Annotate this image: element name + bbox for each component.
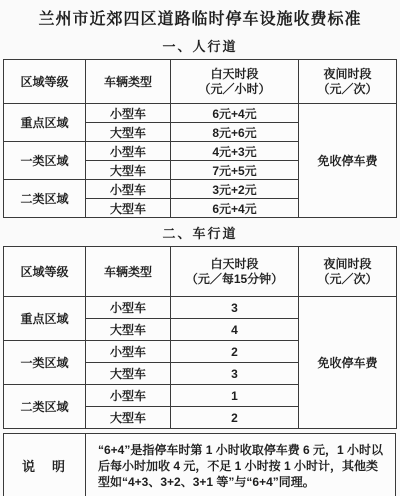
header-daytime-line2: （元／小时） [171,82,298,97]
vehicle-cell: 大型车 [86,161,171,180]
header-vehicle: 车辆类型 [86,60,171,104]
vehicle-cell: 小型车 [86,341,171,363]
day-fee-cell: 2 [171,407,299,429]
day-fee-cell: 4元+3元 [171,142,299,161]
header-daytime-line2: （元／每15分钟） [171,272,298,287]
header-vehicle: 车辆类型 [86,247,171,297]
table-header-row: 区域等级 车辆类型 白天时段 （元／小时） 夜间时段 （元／次） [4,60,397,104]
day-fee-cell: 6元+4元 [171,104,299,123]
header-daytime: 白天时段 （元／每15分钟） [171,247,299,297]
day-fee-cell: 4 [171,319,299,341]
vehicle-cell: 小型车 [86,180,171,199]
header-daytime: 白天时段 （元／小时） [171,60,299,104]
vehicle-cell: 大型车 [86,319,171,341]
day-fee-cell: 7元+5元 [171,161,299,180]
header-night: 夜间时段 （元／次） [299,247,397,297]
day-fee-cell: 6元+4元 [171,199,299,218]
night-fee-cell: 免收停车费 [299,297,397,429]
header-night-line1: 夜间时段 [299,67,396,82]
table-header-row: 区域等级 车辆类型 白天时段 （元／每15分钟） 夜间时段 （元／次） [4,247,397,297]
header-daytime-line1: 白天时段 [171,67,298,82]
day-fee-cell: 2 [171,341,299,363]
document-page: 兰州市近郊四区道路临时停车设施收费标准 一、人行道 区域等级 车辆类型 白天时段… [0,0,400,496]
note-text: “6+4”是指停车时第 1 小时收取停车费 6 元，1 小时以后每小时加收 4 … [86,434,396,496]
header-region: 区域等级 [4,247,86,297]
region-cell: 一类区域 [4,142,86,180]
region-cell: 二类区域 [4,385,86,429]
day-fee-cell: 3元+2元 [171,180,299,199]
sidewalk-fee-table: 区域等级 车辆类型 白天时段 （元／小时） 夜间时段 （元／次） 重点区域 小型… [3,59,397,218]
night-fee-cell: 免收停车费 [299,104,397,218]
roadway-fee-table: 区域等级 车辆类型 白天时段 （元／每15分钟） 夜间时段 （元／次） 重点区域… [3,246,397,429]
day-fee-cell: 8元+6元 [171,123,299,142]
header-night-line1: 夜间时段 [299,257,396,272]
table-row: 重点区域 小型车 6元+4元 免收停车费 [4,104,397,123]
header-night-line2: （元／次） [299,272,396,287]
vehicle-cell: 大型车 [86,363,171,385]
header-region: 区域等级 [4,60,86,104]
day-fee-cell: 3 [171,363,299,385]
vehicle-cell: 小型车 [86,385,171,407]
header-daytime-line1: 白天时段 [171,257,298,272]
section-heading-sidewalk: 一、人行道 [3,39,397,54]
vehicle-cell: 小型车 [86,142,171,161]
vehicle-cell: 小型车 [86,297,171,319]
day-fee-cell: 3 [171,297,299,319]
day-fee-cell: 1 [171,385,299,407]
page-title: 兰州市近郊四区道路临时停车设施收费标准 [3,9,397,31]
note-label: 说 明 [4,434,86,496]
region-cell: 二类区域 [4,180,86,218]
vehicle-cell: 大型车 [86,123,171,142]
note-table: 说 明 “6+4”是指停车时第 1 小时收取停车费 6 元，1 小时以后每小时加… [3,433,396,496]
note-row: 说 明 “6+4”是指停车时第 1 小时收取停车费 6 元，1 小时以后每小时加… [4,434,396,496]
region-cell: 重点区域 [4,104,86,142]
vehicle-cell: 大型车 [86,407,171,429]
header-night: 夜间时段 （元／次） [299,60,397,104]
header-night-line2: （元／次） [299,82,396,97]
vehicle-cell: 大型车 [86,199,171,218]
region-cell: 重点区域 [4,297,86,341]
vehicle-cell: 小型车 [86,104,171,123]
table-row: 重点区域 小型车 3 免收停车费 [4,297,397,319]
region-cell: 一类区域 [4,341,86,385]
section-heading-roadway: 二、车行道 [3,226,397,241]
